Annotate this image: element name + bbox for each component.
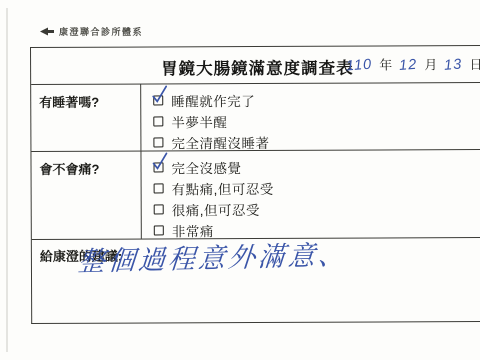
question-row-sleep: 有睡著嗎? 睡醒就作完了 半夢半醒 完全清醒沒睡著 (31, 83, 480, 152)
clinic-logo-text: 康澄聯合診所體系 (59, 25, 143, 38)
checkbox-icon[interactable] (153, 116, 163, 126)
question-options: 完全沒感覺 有點痛,但可忍受 很痛,但可忍受 非常痛 (141, 150, 480, 238)
option-label: 完全沒感覺 (171, 157, 241, 177)
checkbox-option[interactable]: 睡醒就作完了 (153, 88, 480, 110)
date-day-label: 日 (469, 54, 480, 73)
date-month-label: 月 (424, 54, 437, 73)
date-year-value: 110 (346, 57, 373, 75)
question-options: 睡醒就作完了 半夢半醒 完全清醒沒睡著 (141, 83, 480, 150)
question-label: 會不會痛? (31, 152, 141, 239)
checkbox-option[interactable]: 有點痛,但可忍受 (154, 176, 480, 198)
date-day-value: 13 (444, 57, 463, 74)
checkbox-option[interactable]: 完全清醒沒睡著 (153, 130, 480, 152)
checkbox-icon[interactable] (154, 225, 164, 235)
suggestion-row: 給康澄的建議: 整個過程意外滿意、 (32, 238, 480, 323)
question-row-pain: 會不會痛? 完全沒感覺 有點痛,但可忍受 很痛,但可忍受 非常痛 (31, 150, 480, 240)
suggestion-handwritten-text: 整個過程意外滿意、 (77, 233, 350, 279)
option-label: 睡醒就作完了 (171, 90, 255, 110)
checkbox-icon[interactable] (154, 162, 164, 172)
checkbox-option[interactable]: 很痛,但可忍受 (154, 197, 480, 219)
scanner-edge-artifact (6, 8, 8, 352)
option-label: 很痛,但可忍受 (172, 198, 260, 218)
checkbox-option[interactable]: 完全沒感覺 (153, 155, 480, 177)
date-month-value: 12 (399, 57, 418, 74)
date-year-label: 年 (379, 54, 392, 73)
survey-form-table: 胃鏡大腸鏡滿意度調查表 110 年 12 月 13 日 有睡著嗎? 睡醒就作完了 (30, 45, 480, 324)
option-label: 完全清醒沒睡著 (171, 131, 269, 151)
scanned-paper: 康澄聯合診所體系 胃鏡大腸鏡滿意度調查表 110 年 12 月 13 日 有睡著… (0, 0, 480, 360)
check-mark-icon (151, 85, 168, 109)
checkbox-icon[interactable] (154, 204, 164, 214)
option-label: 半夢半醒 (171, 111, 227, 131)
checkbox-icon[interactable] (153, 137, 163, 147)
title-row: 胃鏡大腸鏡滿意度調查表 110 年 12 月 13 日 (31, 46, 480, 85)
check-mark-icon (151, 152, 168, 176)
date-fields: 110 年 12 月 13 日 (346, 54, 480, 74)
clinic-logo: 康澄聯合診所體系 (40, 25, 143, 38)
arrow-left-icon (40, 27, 55, 36)
form-title: 胃鏡大腸鏡滿意度調查表 (161, 55, 354, 80)
checkbox-option[interactable]: 半夢半醒 (153, 109, 480, 131)
question-label: 有睡著嗎? (31, 85, 141, 151)
checkbox-icon[interactable] (154, 183, 164, 193)
checkbox-icon[interactable] (153, 95, 163, 105)
option-label: 有點痛,但可忍受 (172, 177, 274, 197)
